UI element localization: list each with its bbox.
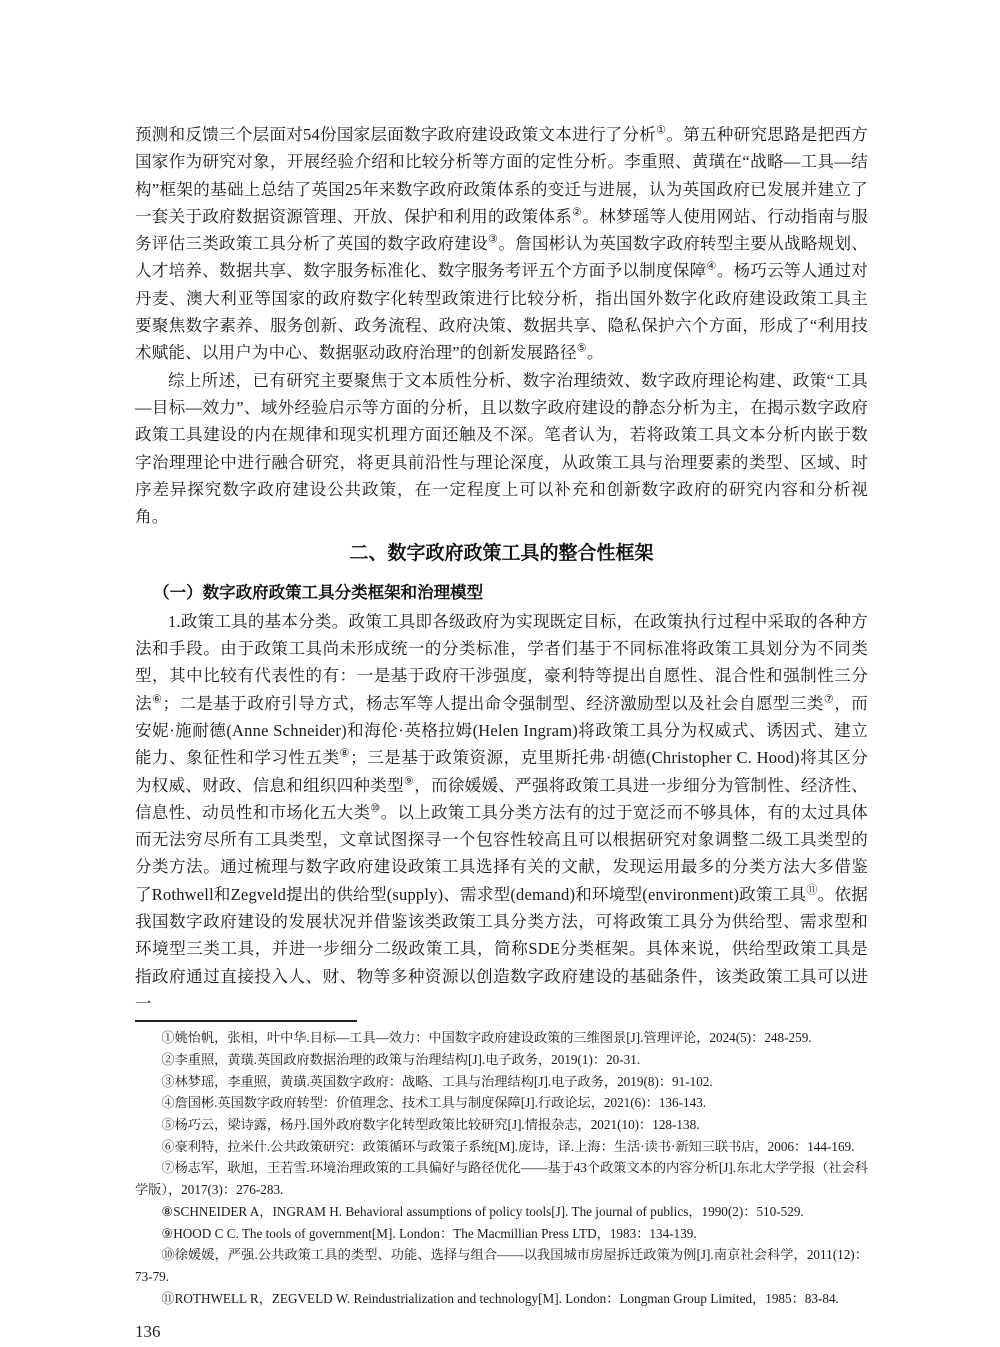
page-content: 预测和反馈三个层面对54份国家层面数字政府建设政策文本进行了分析①。第五种研究思… — [135, 0, 868, 1342]
body-paragraph-3: 1.政策工具的基本分类。政策工具即各级政府为实现既定目标，在政策执行过程中采取的… — [135, 608, 868, 1017]
body-paragraph-1: 预测和反馈三个层面对54份国家层面数字政府建设政策文本进行了分析①。第五种研究思… — [135, 0, 868, 367]
footnote-item: ⑩徐媛媛，严强.公共政策工具的类型、功能、选择与组合——以我国城市房屋拆迁政策为… — [135, 1244, 868, 1287]
subsection-title: （一）数字政府政策工具分类框架和治理模型 — [135, 580, 868, 607]
footnote-item: ⑦杨志军，耿旭，王若雪.环境治理政策的工具偏好与路径优化——基于43个政策文本的… — [135, 1157, 868, 1200]
footnote-item: ①姚怡帆，张相，叶中华.目标—工具—效力：中国数字政府建设政策的三维图景[J].… — [135, 1027, 868, 1049]
document-page: 预测和反馈三个层面对54份国家层面数字政府建设政策文本进行了分析①。第五种研究思… — [0, 0, 1000, 1347]
footnote-item: ④詹国彬.英国数字政府转型：价值理念、技术工具与制度保障[J].行政论坛，202… — [135, 1092, 868, 1114]
footnote-item: ②李重照，黄璜.英国政府数据治理的政策与治理结构[J].电子政务，2019(1)… — [135, 1049, 868, 1071]
footnote-item: ③林梦瑶，李重照，黄璜.英国数字政府：战略、工具与治理结构[J].电子政务，20… — [135, 1071, 868, 1093]
body-paragraph-2: 综上所述，已有研究主要聚焦于文本质性分析、数字治理绩效、数字政府理论构建、政策“… — [135, 367, 868, 531]
footnote-divider — [135, 1020, 357, 1022]
footnotes-block: ①姚怡帆，张相，叶中华.目标—工具—效力：中国数字政府建设政策的三维图景[J].… — [135, 1027, 868, 1309]
footnote-item: ⑥豪利特，拉米什.公共政策研究：政策循环与政策子系统[M].庞诗，译.上海：生活… — [135, 1136, 868, 1158]
footnote-item: ⑧SCHNEIDER A，INGRAM H. Behavioral assump… — [135, 1201, 868, 1223]
footnote-item: ⑪ROTHWELL R，ZEGVELD W. Reindustrializati… — [135, 1288, 868, 1310]
footnote-item: ⑨HOOD C C. The tools of government[M]. L… — [135, 1223, 868, 1245]
footnote-item: ⑤杨巧云，梁诗露，杨丹.国外政府数字化转型政策比较研究[J].情报杂志，2021… — [135, 1114, 868, 1136]
page-number: 136 — [135, 1322, 868, 1342]
section-title: 二、数字政府政策工具的整合性框架 — [135, 540, 868, 568]
